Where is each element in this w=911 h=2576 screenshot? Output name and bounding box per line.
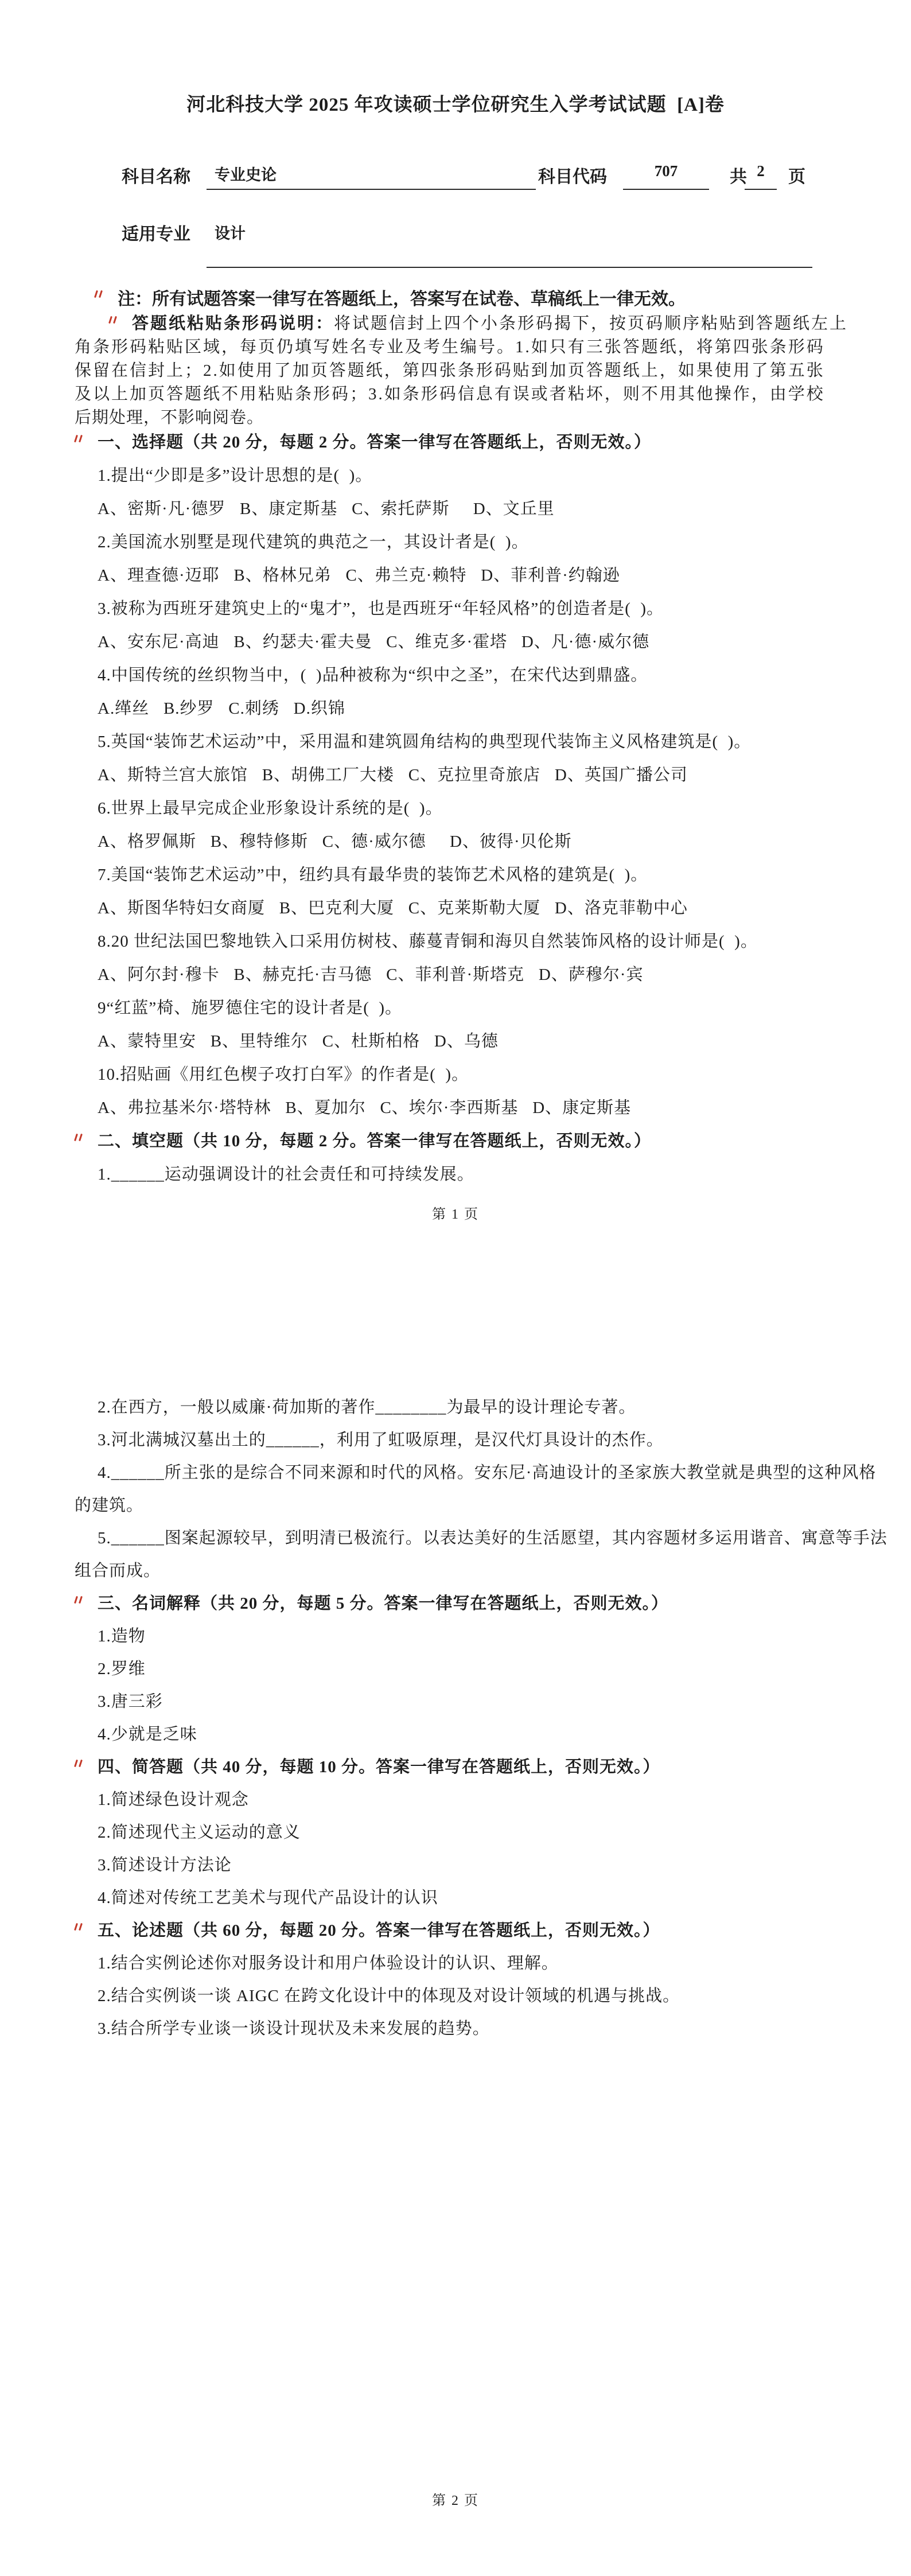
line-text: 1.提出“少即是多”设计思想的是( )。 (98, 466, 372, 485)
line-text: 1.______运动强调设计的社会责任和可持续发展。 (98, 1165, 474, 1184)
line-text: 10.招贴画《用红色楔子攻打白军》的作者是( )。 (98, 1065, 469, 1084)
page-title: 河北科技大学 2025 年攻读硕士学位研究生入学考试试题 [A]卷 (0, 90, 911, 116)
line-text: 2.简述现代主义运动的意义 (98, 1823, 301, 1842)
red-annotation-mark (73, 1759, 84, 1768)
barcode-instruction-line: 后期处理，不影响阅卷。 (75, 404, 264, 428)
section-heading: 五、论述题（共 60 分，每题 20 分。答案一律写在答题纸上，否则无效。） (98, 1917, 660, 1941)
options-line: A、蒙特里安 B、里特维尔 C、杜斯柏格 D、乌德 (98, 1028, 499, 1052)
red-annotation-mark (108, 316, 118, 325)
line-text: 2.结合实例谈一谈 AIGC 在跨文化设计中的体现及对设计领域的机遇与挑战。 (98, 1987, 680, 2005)
red-annotation-mark (73, 1923, 84, 1932)
pages-count-text: 2 (745, 162, 777, 190)
red-annotation-mark (94, 290, 104, 299)
line-text: A、蒙特里安 B、里特维尔 C、杜斯柏格 D、乌德 (98, 1032, 499, 1050)
red-annotation-mark (73, 1133, 84, 1142)
options-line: A、斯特兰宫大旅馆 B、胡佛工厂大楼 C、克拉里奇旅店 D、英国广播公司 (98, 762, 688, 785)
options-line: A、理查德·迈耶 B、格林兄弟 C、弗兰克·赖特 D、菲利普·约翰逊 (98, 562, 620, 586)
pages-suffix: 页 (788, 162, 805, 188)
continuation-line: 的建筑。 (75, 1492, 143, 1516)
line-text: 组合而成。 (75, 1562, 161, 1580)
options-line: A、斯图华特妇女商厦 B、巴克利大厦 C、克莱斯勒大厦 D、洛克菲勒中心 (98, 895, 688, 919)
question-line: 3.被称为西班牙建筑史上的“鬼才”，也是西班牙“年轻风格”的创造者是( )。 (98, 596, 664, 619)
line-text: A、斯特兰宫大旅馆 B、胡佛工厂大楼 C、克拉里奇旅店 D、英国广播公司 (98, 766, 688, 784)
subject-code-value-text: 707 (623, 162, 709, 190)
question-line: 4.简述对传统工艺美术与现代产品设计的认识 (98, 1885, 438, 1908)
question-line: 2.在西方，一般以威廉·荷加斯的著作________为最早的设计理论专著。 (98, 1394, 636, 1418)
question-line: 1.造物 (98, 1623, 146, 1647)
line-text: 4.中国传统的丝织物当中，( )品种被称为“织中之圣”，在宋代达到鼎盛。 (98, 666, 648, 684)
line-text: A、阿尔封·穆卡 B、赫克托·吉马德 C、菲利普·斯塔克 D、萨穆尔·宾 (98, 966, 643, 984)
question-line: 2.美国流水别墅是现代建筑的典范之一，其设计者是( )。 (98, 529, 529, 552)
question-line: 1.______运动强调设计的社会责任和可持续发展。 (98, 1161, 474, 1185)
question-line: 4.少就是乏味 (98, 1721, 197, 1745)
line-text: 2.罗维 (98, 1660, 146, 1678)
subject-name-value: 专业史论 (207, 162, 536, 190)
red-annotation-mark (73, 434, 84, 443)
continuation-line: 组合而成。 (75, 1558, 161, 1581)
page-number-footer: 第 2 页 (0, 2489, 911, 2509)
barcode-instruction-lead: 答题纸粘贴条形码说明： (132, 314, 334, 333)
section-heading: 一、选择题（共 20 分，每题 2 分。答案一律写在答题纸上，否则无效。） (98, 429, 651, 453)
line-text: A、斯图华特妇女商厦 B、巴克利大厦 C、克莱斯勒大厦 D、洛克菲勒中心 (98, 899, 688, 917)
question-line: 8.20 世纪法国巴黎地铁入口采用仿树枝、藤蔓青铜和海贝自然装饰风格的设计师是(… (98, 928, 758, 952)
line-text: 3.被称为西班牙建筑史上的“鬼才”，也是西班牙“年轻风格”的创造者是( )。 (98, 600, 664, 618)
line-text: 4.______所主张的是综合不同来源和时代的风格。安东尼·高迪设计的圣家族大教… (98, 1464, 876, 1482)
question-line: 4.中国传统的丝织物当中，( )品种被称为“织中之圣”，在宋代达到鼎盛。 (98, 662, 648, 686)
major-label: 适用专业 (122, 220, 190, 245)
line-text: 二、填空题（共 10 分，每题 2 分。答案一律写在答题纸上，否则无效。） (98, 1132, 651, 1150)
question-line: 10.招贴画《用红色楔子攻打白军》的作者是( )。 (98, 1061, 469, 1085)
line-text: A.缂丝 B.纱罗 C.刺绣 D.织锦 (98, 699, 345, 718)
subject-code-label-text: 科目代码 (538, 168, 607, 186)
question-line: 6.世界上最早完成企业形象设计系统的是( )。 (98, 795, 443, 819)
line-text: 3.唐三彩 (98, 1692, 163, 1711)
options-line: A、弗拉基米尔·塔特林 B、夏加尔 C、埃尔·李西斯基 D、康定斯基 (98, 1095, 631, 1118)
question-line: 7.美国“装饰艺术运动”中，纽约具有最华贵的装饰艺术风格的建筑是( )。 (98, 862, 648, 885)
line-text: 2.美国流水别墅是现代建筑的典范之一，其设计者是( )。 (98, 533, 529, 551)
question-line: 2.简述现代主义运动的意义 (98, 1819, 301, 1843)
question-line: 9“红蓝”椅、施罗德住宅的设计者是( )。 (98, 995, 402, 1018)
question-line: 1.结合实例论述你对服务设计和用户体验设计的认识、理解。 (98, 1950, 559, 1974)
line-text: 五、论述题（共 60 分，每题 20 分。答案一律写在答题纸上，否则无效。） (98, 1921, 660, 1940)
line-text: 1.简述绿色设计观念 (98, 1791, 249, 1809)
line-text: 6.世界上最早完成企业形象设计系统的是( )。 (98, 799, 443, 818)
line-text: 4.简述对传统工艺美术与现代产品设计的认识 (98, 1889, 438, 1907)
subject-name-value-text: 专业史论 (207, 162, 536, 190)
line-text: A、密斯·凡·德罗 B、康定斯基 C、索托萨斯 D、文丘里 (98, 500, 555, 518)
pages-suffix-text: 页 (788, 168, 805, 186)
subject-name-label: 科目名称 (122, 162, 190, 188)
line-text: 3.简述设计方法论 (98, 1856, 232, 1874)
line-text: 7.美国“装饰艺术运动”中，纽约具有最华贵的装饰艺术风格的建筑是( )。 (98, 866, 648, 884)
red-annotation-mark (73, 1596, 84, 1605)
line-text: A、格罗佩斯 B、穆特修斯 C、德·威尔德 D、彼得·贝伦斯 (98, 832, 572, 851)
line-text: 1.结合实例论述你对服务设计和用户体验设计的认识、理解。 (98, 1954, 559, 1972)
line-text: 三、名词解释（共 20 分，每题 5 分。答案一律写在答题纸上，否则无效。） (98, 1594, 668, 1613)
line-text: 8.20 世纪法国巴黎地铁入口采用仿树枝、藤蔓青铜和海贝自然装饰风格的设计师是(… (98, 932, 758, 951)
question-line: 2.罗维 (98, 1656, 146, 1679)
section-heading: 四、简答题（共 40 分，每题 10 分。答案一律写在答题纸上，否则无效。） (98, 1754, 660, 1777)
question-line: 3.结合所学专业谈一谈设计现状及未来发展的趋势。 (98, 2015, 490, 2039)
line-text: 5.______图案起源较早，到明清已极流行。以表达美好的生活愿望，其内容题材多… (98, 1529, 887, 1547)
line-text: 3.结合所学专业谈一谈设计现状及未来发展的趋势。 (98, 2019, 490, 2038)
pages-count: 2 (745, 162, 777, 190)
page-number-footer: 第 1 页 (0, 1203, 911, 1223)
subject-code-label: 科目代码 (538, 162, 607, 188)
major-label-text: 适用专业 (122, 225, 190, 244)
line-text: A、弗拉基米尔·塔特林 B、夏加尔 C、埃尔·李西斯基 D、康定斯基 (98, 1099, 631, 1117)
options-line: A、格罗佩斯 B、穆特修斯 C、德·威尔德 D、彼得·贝伦斯 (98, 828, 572, 852)
line-text: 四、简答题（共 40 分，每题 10 分。答案一律写在答题纸上，否则无效。） (98, 1758, 660, 1776)
line-text: 的建筑。 (75, 1496, 143, 1515)
exam-paper-scan: { "colors": { "annotation_mark_red": "#c… (0, 0, 911, 2576)
note-text: 注：所有试题答案一律写在答题纸上，答案写在试卷、草稿纸上一律无效。 (118, 290, 686, 309)
question-line: 1.简述绿色设计观念 (98, 1787, 249, 1810)
barcode-instruction-line: 角条形码粘贴区域，每页仍填写姓名专业及考生编号。1.如只有三张答题纸，将第四张条… (75, 334, 825, 357)
section-heading: 二、填空题（共 10 分，每题 2 分。答案一律写在答题纸上，否则无效。） (98, 1128, 651, 1151)
section-heading: 三、名词解释（共 20 分，每题 5 分。答案一律写在答题纸上，否则无效。） (98, 1590, 668, 1614)
major-value: 设计 (215, 221, 246, 243)
options-line: A、密斯·凡·德罗 B、康定斯基 C、索托萨斯 D、文丘里 (98, 496, 555, 519)
question-line: 2.结合实例谈一谈 AIGC 在跨文化设计中的体现及对设计领域的机遇与挑战。 (98, 1983, 680, 2006)
line-text: 5.英国“装饰艺术运动”中，采用温和建筑圆角结构的典型现代装饰主义风格建筑是( … (98, 733, 751, 751)
options-line: A、阿尔封·穆卡 B、赫克托·吉马德 C、菲利普·斯塔克 D、萨穆尔·宾 (98, 962, 643, 985)
major-value-text: 设计 (215, 225, 246, 242)
barcode-instruction-text: 将试题信封上四个小条形码揭下，按页码顺序粘贴到答题纸左上 (334, 314, 848, 333)
barcode-instruction-line: 答题纸粘贴条形码说明：将试题信封上四个小条形码揭下，按页码顺序粘贴到答题纸左上 (132, 310, 848, 334)
question-line: 5.______图案起源较早，到明清已极流行。以表达美好的生活愿望，其内容题材多… (98, 1525, 887, 1548)
line-text: 一、选择题（共 20 分，每题 2 分。答案一律写在答题纸上，否则无效。） (98, 433, 651, 452)
options-line: A.缂丝 B.纱罗 C.刺绣 D.织锦 (98, 695, 345, 719)
question-line: 3.河北满城汉墓出土的______，利用了虹吸原理，是汉代灯具设计的杰作。 (98, 1427, 664, 1450)
options-line: A、安东尼·高迪 B、约瑟夫·霍夫曼 C、维克多·霍塔 D、凡·德·威尔德 (98, 629, 649, 652)
major-underline-rule (207, 267, 812, 268)
line-text: 4.少就是乏味 (98, 1725, 197, 1744)
note-line: 注：所有试题答案一律写在答题纸上，答案写在试卷、草稿纸上一律无效。 (118, 285, 686, 310)
question-line: 4.______所主张的是综合不同来源和时代的风格。安东尼·高迪设计的圣家族大教… (98, 1460, 876, 1483)
subject-code-value: 707 (623, 162, 709, 190)
line-text: 9“红蓝”椅、施罗德住宅的设计者是( )。 (98, 999, 402, 1017)
line-text: 2.在西方，一般以威廉·荷加斯的著作________为最早的设计理论专著。 (98, 1398, 636, 1417)
barcode-instruction-line: 及以上加页答题纸不用粘贴条形码；3.如条形码信息有误或者粘坏，则不用其他操作，由… (75, 381, 825, 404)
barcode-instruction-line: 保留在信封上；2.如使用了加页答题纸，第四张条形码贴到加页答题纸上，如果使用了第… (75, 357, 825, 381)
question-line: 5.英国“装饰艺术运动”中，采用温和建筑圆角结构的典型现代装饰主义风格建筑是( … (98, 729, 751, 752)
line-text: A、理查德·迈耶 B、格林兄弟 C、弗兰克·赖特 D、菲利普·约翰逊 (98, 566, 620, 585)
subject-name-label-text: 科目名称 (122, 168, 190, 186)
line-text: 3.河北满城汉墓出土的______，利用了虹吸原理，是汉代灯具设计的杰作。 (98, 1431, 664, 1449)
line-text: A、安东尼·高迪 B、约瑟夫·霍夫曼 C、维克多·霍塔 D、凡·德·威尔德 (98, 633, 649, 651)
question-line: 1.提出“少即是多”设计思想的是( )。 (98, 462, 372, 486)
line-text: 1.造物 (98, 1627, 146, 1645)
question-line: 3.唐三彩 (98, 1688, 163, 1712)
question-line: 3.简述设计方法论 (98, 1852, 232, 1875)
